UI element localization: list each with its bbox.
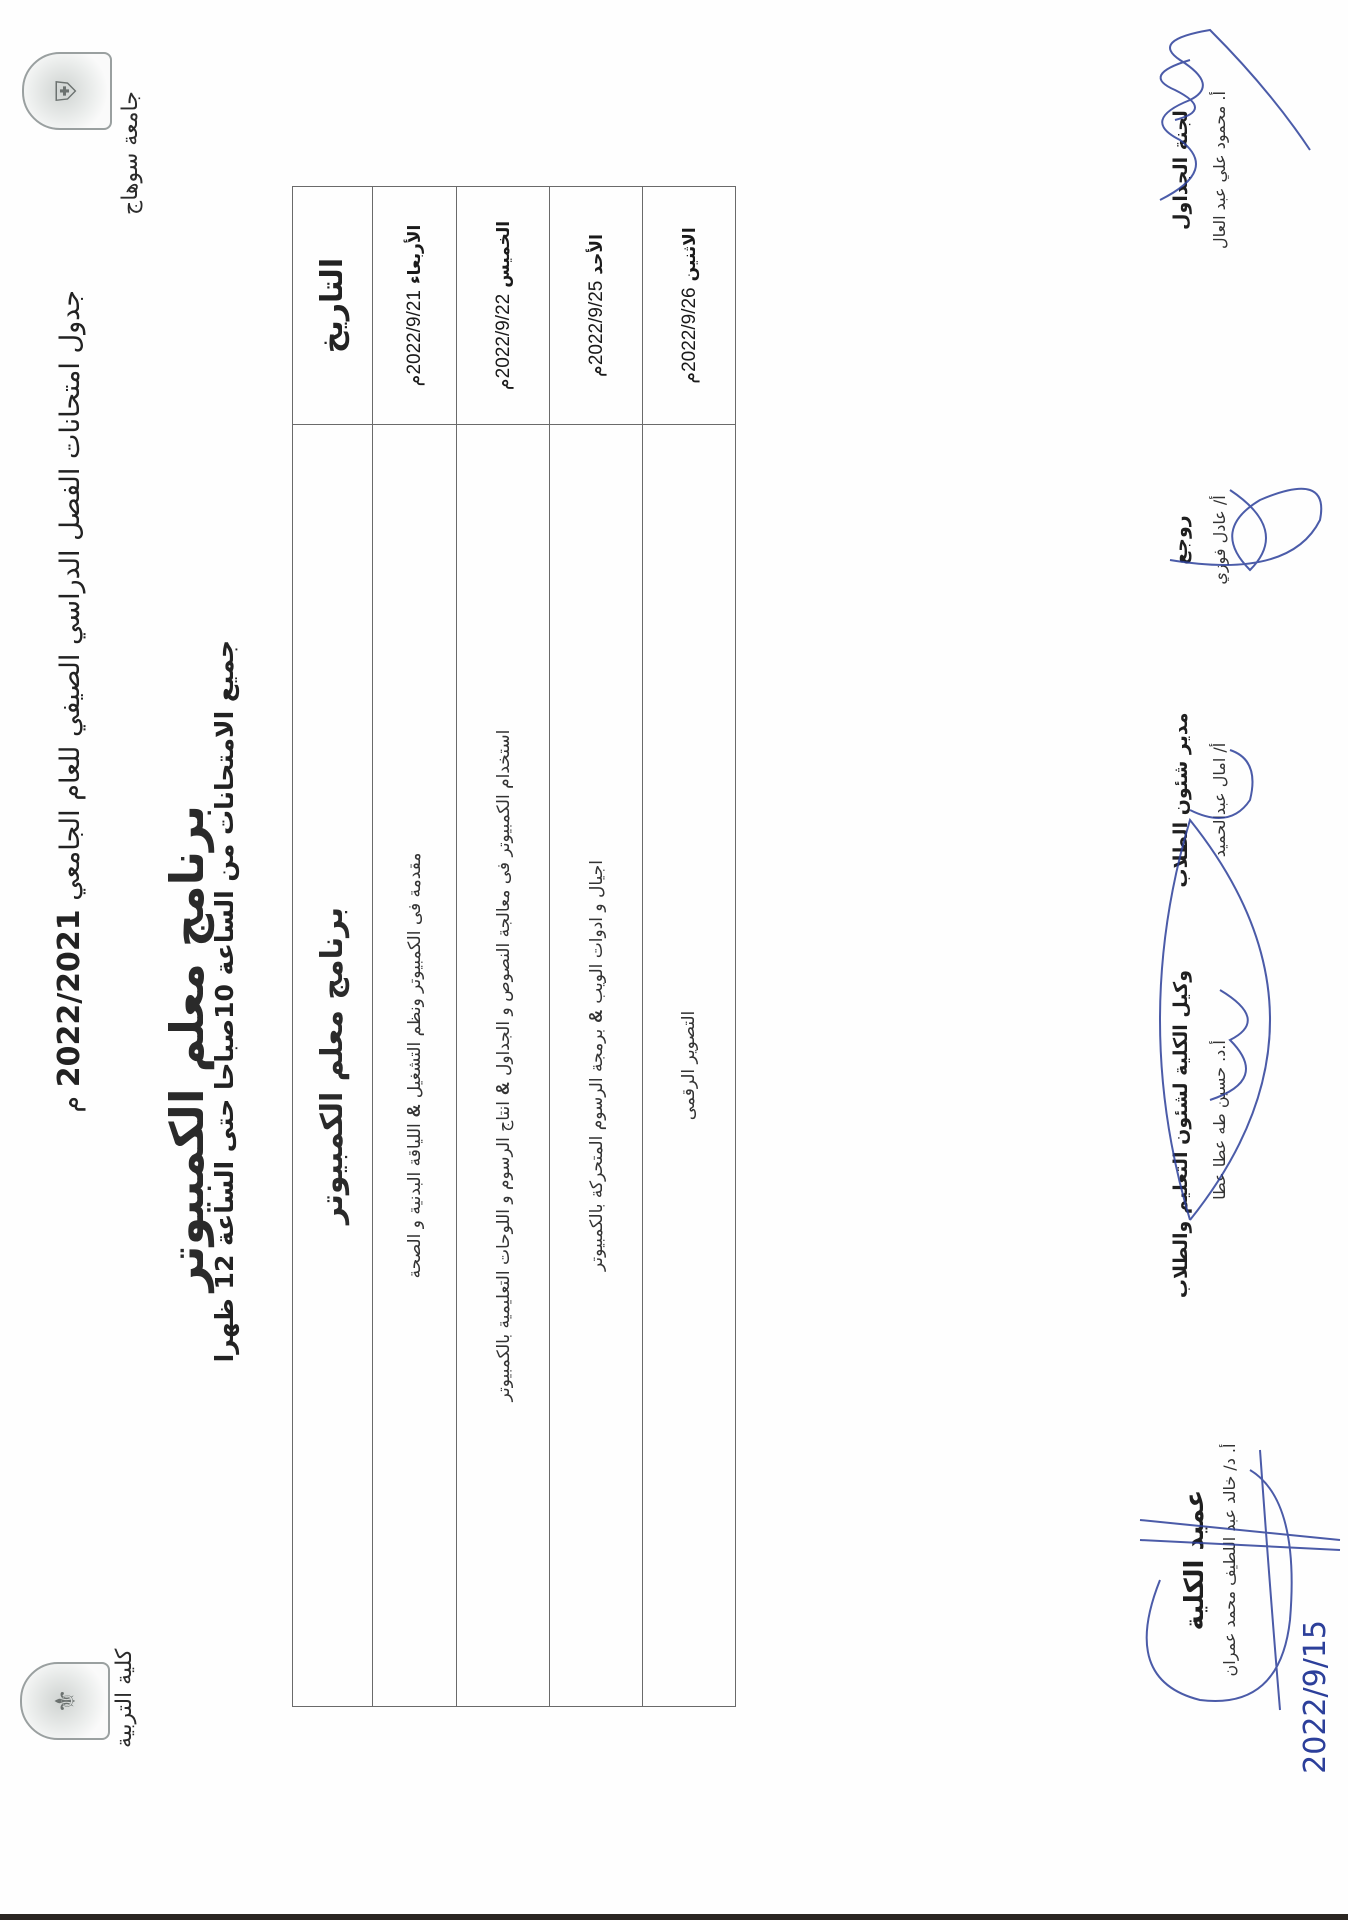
subjects-cell: استخدام الكمبيوتر فى معالجة النصوص و الج… — [457, 425, 550, 1707]
svg-text:2022/9/15: 2022/9/15 — [1298, 1620, 1333, 1774]
faculty-branding: ⚜ — [20, 1662, 110, 1740]
university-branding: ⛨ — [22, 52, 112, 130]
date-column-header: التاريخ — [293, 187, 373, 425]
faculty-name: كلية التربية — [112, 1649, 137, 1748]
signature-vice-dean: وكيل الكلية لشئون التعليم والطلاب أ.د. ح… — [1170, 970, 1229, 1270]
exam-time-subtitle: جميع الامتحانات من الساعة 10صباحا حتى ال… — [210, 640, 239, 1362]
main-heading: برنامج معلم الكمبيوتر — [160, 805, 214, 1291]
signature-student-affairs-director: مدير شئون الطلاب أ/ امال عبدالحميد — [1170, 700, 1229, 900]
signature-schedules-committee: لجنة الجداول أ. محمود علي عبد العال — [1170, 70, 1229, 270]
subjects-cell: اجيال و ادوات الويب&برمجة الرسوم المتحرك… — [550, 425, 643, 1707]
table-row: الأحد2022/9/25م اجيال و ادوات الويب&برمج… — [550, 187, 643, 1707]
table-row: الأربعاء2022/9/21م مقدمة فى الكمبيوتر ون… — [373, 187, 457, 1707]
program-column-header: برنامج معلم الكمبيوتر — [293, 425, 373, 1707]
subjects-cell: التصوير الرقمى — [643, 425, 736, 1707]
document-title: جدول امتحانات الفصل الدراسي الصيفي للعام… — [52, 290, 87, 1113]
title-text: جدول امتحانات الفصل الدراسي الصيفي للعام… — [55, 290, 86, 901]
faculty-crest-icon: ⚜ — [20, 1662, 110, 1740]
university-crest-icon: ⛨ — [22, 52, 112, 130]
table-row: الخميس2022/9/22م استخدام الكمبيوتر فى مع… — [457, 187, 550, 1707]
signature-reviewed: روجع أ/ عادل فوزي — [1170, 460, 1229, 620]
university-name: جامعة سوهاج — [118, 91, 143, 215]
exam-schedule-page: ⛨ جامعة سوهاج ⚜ كلية التربية جدول امتحان… — [0, 0, 1348, 1920]
signature-dean: عميد الكلية أ. د/ خالد عبد اللطيف محمد ع… — [1180, 1420, 1239, 1700]
table-row: الاثنين2022/9/26م التصوير الرقمى — [643, 187, 736, 1707]
title-suffix: م — [55, 1096, 86, 1113]
date-cell: الأربعاء2022/9/21م — [373, 187, 457, 425]
scan-edge — [0, 1914, 1348, 1920]
exam-schedule-table: التاريخ برنامج معلم الكمبيوتر الأربعاء20… — [292, 186, 736, 1707]
table-header-row: التاريخ برنامج معلم الكمبيوتر — [293, 187, 373, 1707]
title-year: 2022/2021 — [52, 909, 87, 1087]
date-cell: الخميس2022/9/22م — [457, 187, 550, 425]
date-cell: الأحد2022/9/25م — [550, 187, 643, 425]
subjects-cell: مقدمة فى الكمبيوتر ونظم التشغيل&اللياقة … — [373, 425, 457, 1707]
date-cell: الاثنين2022/9/26م — [643, 187, 736, 425]
